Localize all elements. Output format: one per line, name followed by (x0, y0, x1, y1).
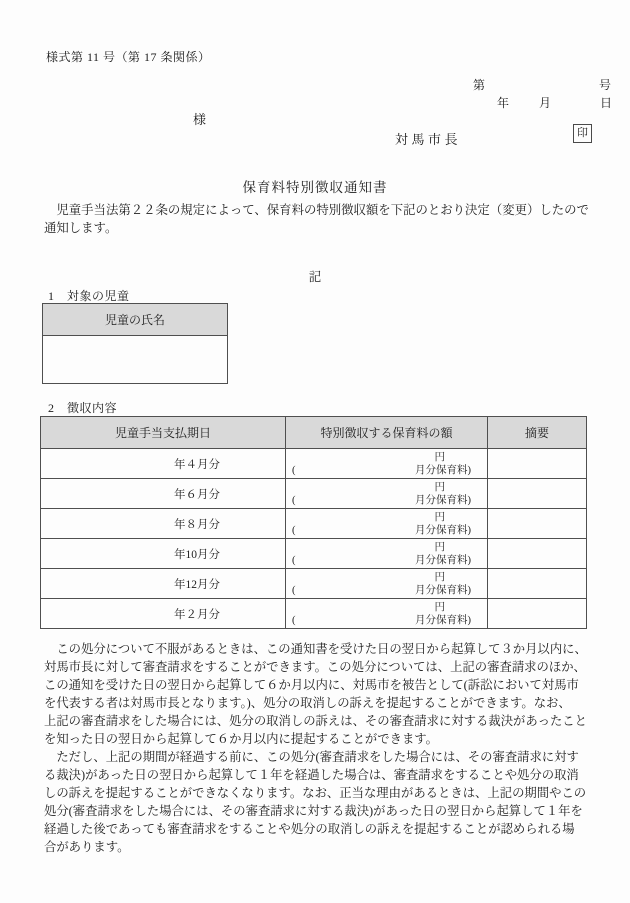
notice-line: この処分について不服があるときは、この通知書を受けた日の翌日から起算して３か月以… (44, 640, 592, 658)
remarks-cell (488, 569, 587, 599)
amount-cell: 円 ( 月分保育料) (286, 509, 488, 539)
yen-label: 円 (286, 541, 487, 554)
notice-line: この通知を受けた日の翌日から起算して６か月以内に、対馬市を被告として(訴訟におい… (44, 676, 592, 694)
section2-heading: 2 徴収内容 (48, 399, 117, 416)
period-cell: 年12月分 (41, 569, 286, 599)
monthly-fee-label: 月分保育料) (415, 464, 471, 477)
paren-open: ( (292, 464, 296, 477)
notice-line: 対馬市長に対して審査請求をすることができます。この処分については、上記の審査請求… (44, 658, 592, 676)
children-table: 児童の氏名 (42, 303, 228, 384)
date-year-label: 年 (497, 94, 509, 111)
notice-line: 経過した後であっても審査請求をすることや処分の取消しの訴えを提起することが認めら… (44, 820, 592, 838)
notice-line: 合があります。 (44, 838, 592, 856)
intro-line: 児童手当法第２２条の規定によって、保育料の特別徴収額を下記のとおり決定（変更）し… (44, 201, 592, 219)
yen-label: 円 (286, 571, 487, 584)
period-cell: 年10月分 (41, 539, 286, 569)
table-row: 年４月分 円 ( 月分保育料) (41, 449, 587, 479)
doc-number-suffix: 号 (599, 76, 611, 93)
yen-label: 円 (286, 601, 487, 614)
form-number: 様式第 11 号（第 17 条関係） (46, 48, 211, 65)
remarks-cell (488, 449, 587, 479)
child-name-cell (43, 336, 228, 384)
notice-line: 処分(審査請求をした場合には、その審査請求に対する裁決)があった日の翌日から起算… (44, 802, 592, 820)
date-month-label: 月 (539, 94, 551, 111)
monthly-fee-label: 月分保育料) (415, 494, 471, 507)
paren-open: ( (292, 494, 296, 507)
notice-line: 上記の審査請求をした場合には、処分の取消しの訴えは、その審査請求に対する裁決があ… (44, 712, 592, 730)
document-page: 様式第 11 号（第 17 条関係） 第 号 年 月 日 様 対馬市長 印 保育… (0, 0, 630, 903)
amount-cell: 円 ( 月分保育料) (286, 479, 488, 509)
paren-open: ( (292, 614, 296, 627)
table-row: 年６月分 円 ( 月分保育料) (41, 479, 587, 509)
collection-table: 児童手当支払期日 特別徴収する保育料の額 摘要 年４月分 円 ( 月分保育料) … (40, 416, 587, 629)
remarks-cell (488, 479, 587, 509)
section1-heading: 1 対象の児童 (48, 287, 130, 304)
amount-cell: 円 ( 月分保育料) (286, 599, 488, 629)
table-row: 年10月分 円 ( 月分保育料) (41, 539, 587, 569)
paren-open: ( (292, 554, 296, 567)
paren-open: ( (292, 524, 296, 537)
notice-line: ただし、上記の期間が経過する前に、この処分(審査請求をした場合には、その審査請求… (44, 748, 592, 766)
ki-label: 記 (0, 267, 630, 285)
notice-line: を知った日の翌日から起算して６か月以内に提起することができます。 (44, 730, 592, 748)
doc-number-prefix: 第 (473, 76, 485, 93)
notice-line: を代表する者は対馬市長となります。)、処分の取消しの訴えを提起することができます… (44, 694, 592, 712)
yen-label: 円 (286, 451, 487, 464)
yen-label: 円 (286, 481, 487, 494)
paren-open: ( (292, 584, 296, 597)
remarks-cell (488, 599, 587, 629)
col-header-payment-date: 児童手当支払期日 (41, 417, 286, 449)
remarks-cell (488, 539, 587, 569)
table-row: 年２月分 円 ( 月分保育料) (41, 599, 587, 629)
monthly-fee-label: 月分保育料) (415, 524, 471, 537)
remarks-cell (488, 509, 587, 539)
sender-mayor: 対馬市長 (395, 129, 461, 148)
amount-cell: 円 ( 月分保育料) (286, 569, 488, 599)
period-cell: 年２月分 (41, 599, 286, 629)
intro-paragraph: 児童手当法第２２条の規定によって、保育料の特別徴収額を下記のとおり決定（変更）し… (44, 201, 592, 237)
notice-line: る裁決)があった日の翌日から起算して１年を経過した場合は、審査請求をすることや処… (44, 766, 592, 784)
amount-cell: 円 ( 月分保育料) (286, 539, 488, 569)
col-header-remarks: 摘要 (488, 417, 587, 449)
addressee-honorific: 様 (193, 109, 206, 128)
monthly-fee-label: 月分保育料) (415, 584, 471, 597)
monthly-fee-label: 月分保育料) (415, 614, 471, 627)
period-cell: 年６月分 (41, 479, 286, 509)
amount-cell: 円 ( 月分保育料) (286, 449, 488, 479)
date-day-label: 日 (600, 94, 612, 111)
children-table-header: 児童の氏名 (43, 304, 228, 336)
seal-mark: 印 (573, 124, 592, 143)
period-cell: 年８月分 (41, 509, 286, 539)
notice-line: しの訴えを提起することができなくなります。なお、正当な理由があるときは、上記の期… (44, 784, 592, 802)
table-row: 年12月分 円 ( 月分保育料) (41, 569, 587, 599)
monthly-fee-label: 月分保育料) (415, 554, 471, 567)
appeal-notice: この処分について不服があるときは、この通知書を受けた日の翌日から起算して３か月以… (44, 640, 592, 856)
yen-label: 円 (286, 511, 487, 524)
page-title: 保育料特別徴収通知書 (0, 176, 630, 196)
collection-table-header-row: 児童手当支払期日 特別徴収する保育料の額 摘要 (41, 417, 587, 449)
intro-line: 通知します。 (44, 219, 592, 237)
col-header-amount: 特別徴収する保育料の額 (286, 417, 488, 449)
table-row: 年８月分 円 ( 月分保育料) (41, 509, 587, 539)
period-cell: 年４月分 (41, 449, 286, 479)
